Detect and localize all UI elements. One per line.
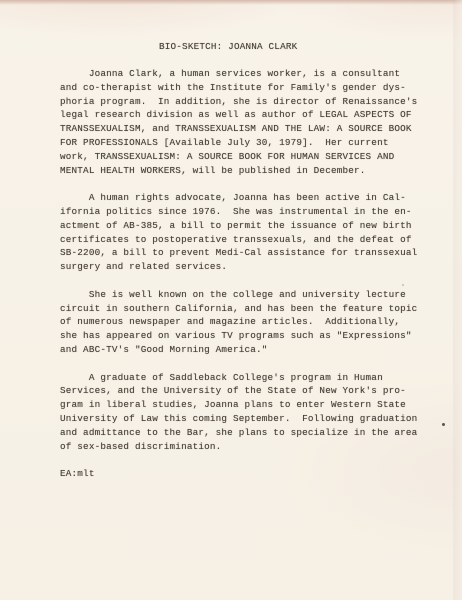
scan-speck [402,284,404,286]
scan-speck [403,416,405,418]
typist-initials: EA:mlt [60,467,417,481]
paragraph-3: She is well known on the college and uni… [60,288,417,357]
paper-right-edge [453,0,462,600]
scanned-document-page: BIO-SKETCH: JOANNA CLARK Joanna Clark, a… [0,0,462,600]
paragraph-2: A human rights advocate, Joanna has been… [60,191,417,274]
paragraph-1: Joanna Clark, a human services worker, i… [60,67,417,177]
document-body: Joanna Clark, a human services worker, i… [60,67,417,495]
scan-top-edge-shadow [0,0,462,5]
paragraph-4: A graduate of Saddleback College's progr… [60,371,417,454]
scan-speck [442,423,445,426]
document-title: BIO-SKETCH: JOANNA CLARK [159,40,297,54]
